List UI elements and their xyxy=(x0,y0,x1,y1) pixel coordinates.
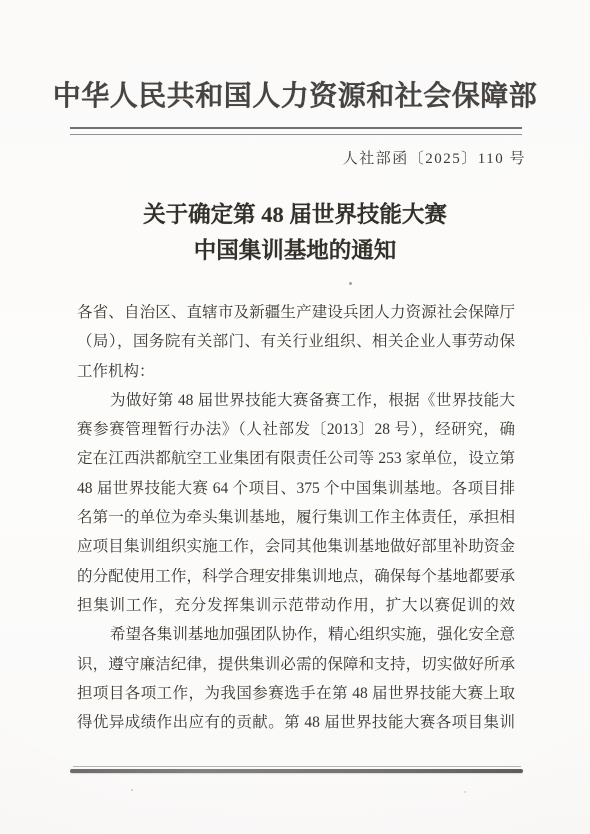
page-bottom-edge-highlight xyxy=(73,766,521,767)
issuing-authority-letterhead: 中华人民共和国人力资源和社会保障部 xyxy=(0,74,590,114)
document-title-line-1: 关于确定第 48 届世界技能大赛 xyxy=(0,197,590,233)
body-line: 担项目各项工作，为我国参赛选手在第 48 届世界技能大赛上取 xyxy=(77,679,515,708)
document-title: 关于确定第 48 届世界技能大赛 中国集训基地的通知 xyxy=(0,197,590,269)
body-line: （局），国务院有关部门、有关行业组织、相关企业人事劳动保障 xyxy=(77,327,515,356)
scan-speck xyxy=(131,789,133,791)
document-body: 各省、自治区、直辖市及新疆生产建设兵团人力资源社会保障厅 （局），国务院有关部门… xyxy=(77,298,515,737)
scan-speck xyxy=(464,791,466,793)
page-bottom-edge-shadow xyxy=(70,769,523,773)
document-number: 人社部函〔2025〕110 号 xyxy=(343,147,526,168)
body-line: 希望各集训基地加强团队协作，精心组织实施，强化安全意 xyxy=(77,620,515,649)
letterhead-divider xyxy=(70,127,522,135)
body-line: 名第一的单位为牵头集训基地，履行集训工作主体责任，承担相 xyxy=(77,503,515,532)
body-line: 为做好第 48 届世界技能大赛备赛工作，根据《世界技能大 xyxy=(77,386,515,415)
body-line: 各省、自治区、直辖市及新疆生产建设兵团人力资源社会保障厅 xyxy=(77,298,515,327)
body-line: 应项目集训组织实施工作，会同其他集训基地做好部里补助资金 xyxy=(77,532,515,561)
scan-speck xyxy=(349,282,352,285)
document-title-line-2: 中国集训基地的通知 xyxy=(0,233,590,269)
body-line: 48 届世界技能大赛 64 个项目、375 个中国集训基地。各项目排 xyxy=(77,474,515,503)
body-line: 工作机构： xyxy=(77,357,515,386)
body-line: 得优异成绩作出应有的贡献。第 48 届世界技能大赛各项目集训 xyxy=(77,708,515,737)
body-line: 识，遵守廉洁纪律，提供集训必需的保障和支持，切实做好所承 xyxy=(77,650,515,679)
body-line: 赛参赛管理暂行办法》（人社部发〔2013〕28 号），经研究，确 xyxy=(77,415,515,444)
body-line: 担集训工作，充分发挥集训示范带动作用，扩大以赛促训的效果。 xyxy=(77,591,515,620)
body-line: 的分配使用工作，科学合理安排集训地点，确保每个基地都要承 xyxy=(77,562,515,591)
body-line: 定在江西洪都航空工业集团有限责任公司等 253 家单位，设立第 xyxy=(77,444,515,473)
document-photo: 中华人民共和国人力资源和社会保障部 人社部函〔2025〕110 号 关于确定第 … xyxy=(0,0,590,834)
